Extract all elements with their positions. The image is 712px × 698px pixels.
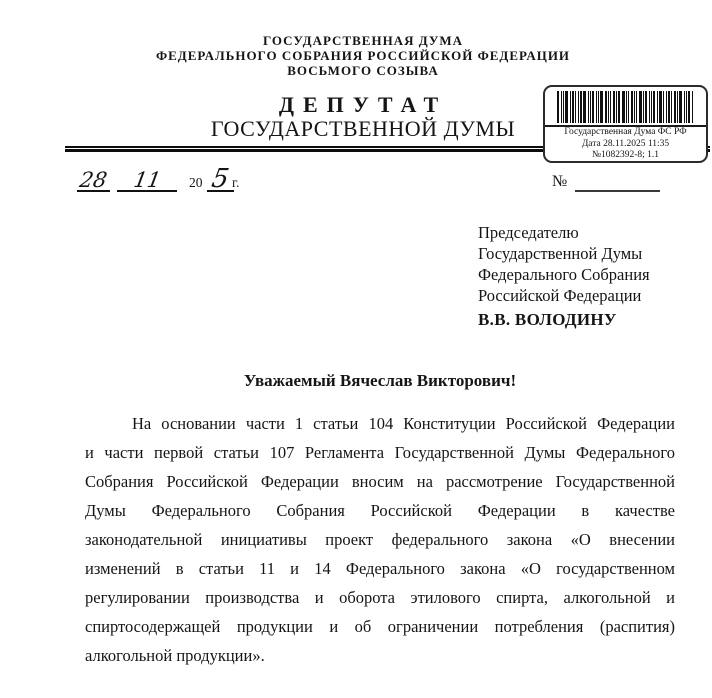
- registration-stamp: Государственная Дума ФС РФ Дата 28.11.20…: [543, 85, 708, 163]
- date-month-blank: 11: [117, 166, 177, 192]
- stamp-date: Дата 28.11.2025 11:35: [545, 139, 706, 151]
- body-line: Думы Федерального Собрания Российской Фе…: [85, 496, 675, 525]
- number-field-blank: [575, 168, 660, 192]
- date-day-handwritten: 28: [78, 170, 108, 190]
- salutation: Уважаемый Вячеслав Викторович!: [85, 371, 675, 391]
- number-field-label: №: [552, 173, 567, 191]
- addressee-line: Государственной Думы: [478, 243, 650, 264]
- stamp-org: Государственная Дума ФС РФ: [545, 127, 706, 139]
- body-line: изменений в статьи 11 и 14 Федерального …: [85, 554, 675, 583]
- body-line: законодательной инициативы проект федера…: [85, 525, 675, 554]
- date-year-blank: 5: [207, 162, 234, 192]
- stamp-number: №1082392-8; 1.1: [545, 150, 706, 162]
- date-year-prefix: 20: [189, 175, 203, 191]
- date-year-suffix: г.: [232, 175, 239, 191]
- barcode-icon: [556, 91, 696, 123]
- addressee-line: Председателю: [478, 222, 650, 243]
- body-line: регулировании производства и оборота эти…: [85, 583, 675, 612]
- date-year-handwritten: 5: [210, 168, 230, 190]
- body-line: и части первой статьи 107 Регламента Гос…: [85, 438, 675, 467]
- body-line: На основании части 1 статьи 104 Конститу…: [85, 409, 675, 438]
- addressee-line: Федерального Собрания: [478, 264, 650, 285]
- body-line: Собрания Российской Федерации вносим на …: [85, 467, 675, 496]
- letter-body: На основании части 1 статьи 104 Конститу…: [85, 409, 675, 670]
- body-line: алкогольной продукции».: [85, 641, 675, 670]
- addressee-block: Председателю Государственной Думы Федера…: [478, 222, 650, 306]
- addressee-line: Российской Федерации: [478, 285, 650, 306]
- date-day-blank: 28: [77, 166, 110, 192]
- letterhead-org-line2: ФЕДЕРАЛЬНОГО СОБРАНИЯ РОССИЙСКОЙ ФЕДЕРАЦ…: [14, 48, 712, 63]
- date-month-handwritten: 11: [132, 170, 162, 190]
- letterhead-org-line1: ГОСУДАРСТВЕННАЯ ДУМА: [14, 33, 712, 48]
- addressee-name: В.В. ВОЛОДИНУ: [478, 310, 617, 330]
- body-line: спиртосодержащей продукции и об ограниче…: [85, 612, 675, 641]
- letterhead-org-line3: ВОСЬМОГО СОЗЫВА: [14, 63, 712, 78]
- document-page: ГОСУДАРСТВЕННАЯ ДУМА ФЕДЕРАЛЬНОГО СОБРАН…: [0, 0, 712, 698]
